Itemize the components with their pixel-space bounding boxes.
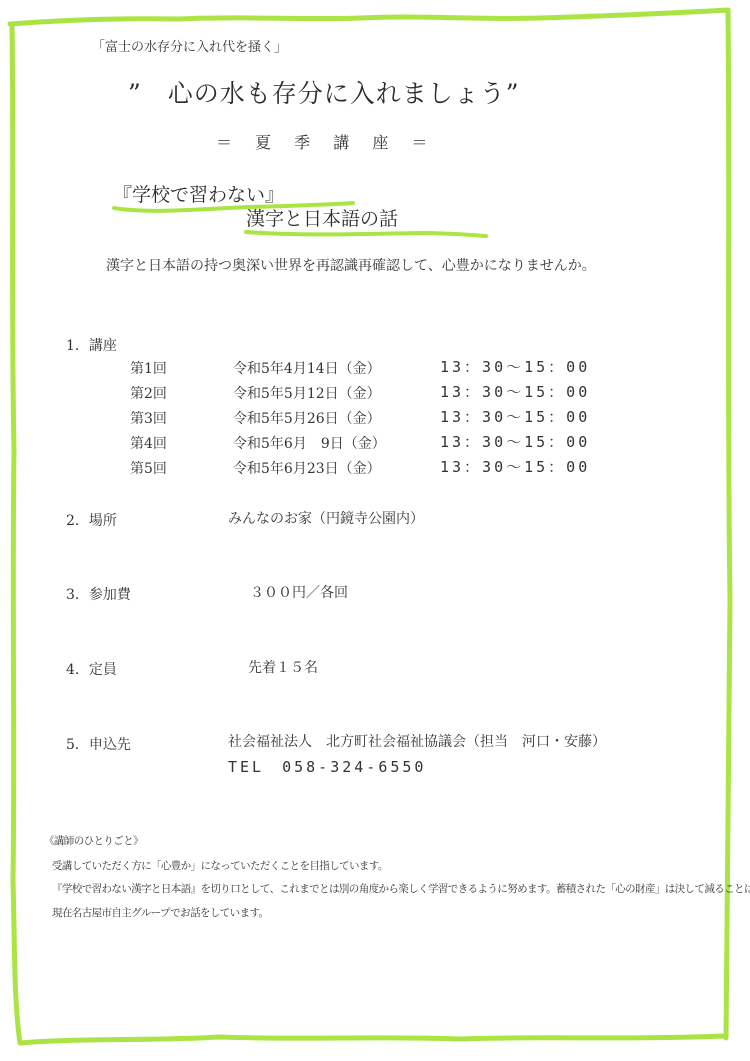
session-time: 13：30〜15：00 (440, 406, 590, 427)
apply-label: 5．申込先 (66, 734, 131, 754)
session-date: 令和5年5月12日（金） (233, 383, 381, 403)
notes-line: 現在名古屋市自主グループでお話をしています。 (52, 905, 268, 920)
session-time: 13：30〜15：00 (440, 381, 590, 402)
subtitle-line1: 『学校で習わない』 (113, 180, 284, 207)
session-date: 令和5年5月26日（金） (233, 408, 381, 428)
session-num: 第1回 (130, 358, 167, 378)
capacity-label: 4．定員 (66, 659, 117, 679)
session-num: 第2回 (130, 383, 167, 403)
intro-text: 漢字と日本語の持つ奥深い世界を再認識再確認して、心豊かになりませんか。 (106, 255, 596, 275)
session-time: 13：30〜15：00 (440, 431, 590, 452)
main-title: ” 心の水も存分に入れましょう” (128, 74, 520, 110)
lectures-label: 1．講座 (66, 335, 117, 355)
fee-value: ３００円／各回 (250, 582, 348, 602)
session-date: 令和5年6月 9日（金） (233, 433, 386, 453)
notes-heading: 《講師のひとりごと》 (44, 833, 143, 848)
venue-label: 2．場所 (66, 510, 117, 530)
notes-line: 受講していただく方に「心豊か」になっていただくことを目指しています。 (52, 858, 388, 873)
apply-organization: 社会福祉法人 北方町社会福祉協議会（担当 河口・安藤） (228, 731, 606, 751)
session-num: 第3回 (130, 408, 167, 428)
subtitle-line2: 漢字と日本語の話 (246, 204, 398, 231)
venue-value: みんなのお家（円鏡寺公園内） (228, 508, 424, 528)
fee-label: 3．参加費 (66, 584, 131, 604)
session-num: 第5回 (130, 458, 167, 478)
notes-line: 『学校で習わない漢字と日本語』を切り口として、これまでとは別の角度から楽しく学習… (52, 881, 750, 896)
session-date: 令和5年4月14日（金） (233, 358, 381, 378)
session-time: 13：30〜15：00 (440, 456, 590, 477)
highlighter-border (0, 0, 750, 1061)
apply-tel: TEL 058-324-6550 (228, 756, 426, 777)
proverb: 「富士の水存分に入れ代を掻く」 (92, 36, 287, 55)
session-num: 第4回 (130, 433, 167, 453)
session-date: 令和5年6月23日（金） (233, 458, 381, 478)
section-title: ＝ 夏 季 講 座 ＝ (216, 130, 436, 153)
capacity-value: 先着１５名 (248, 657, 318, 677)
session-time: 13：30〜15：00 (440, 356, 590, 377)
